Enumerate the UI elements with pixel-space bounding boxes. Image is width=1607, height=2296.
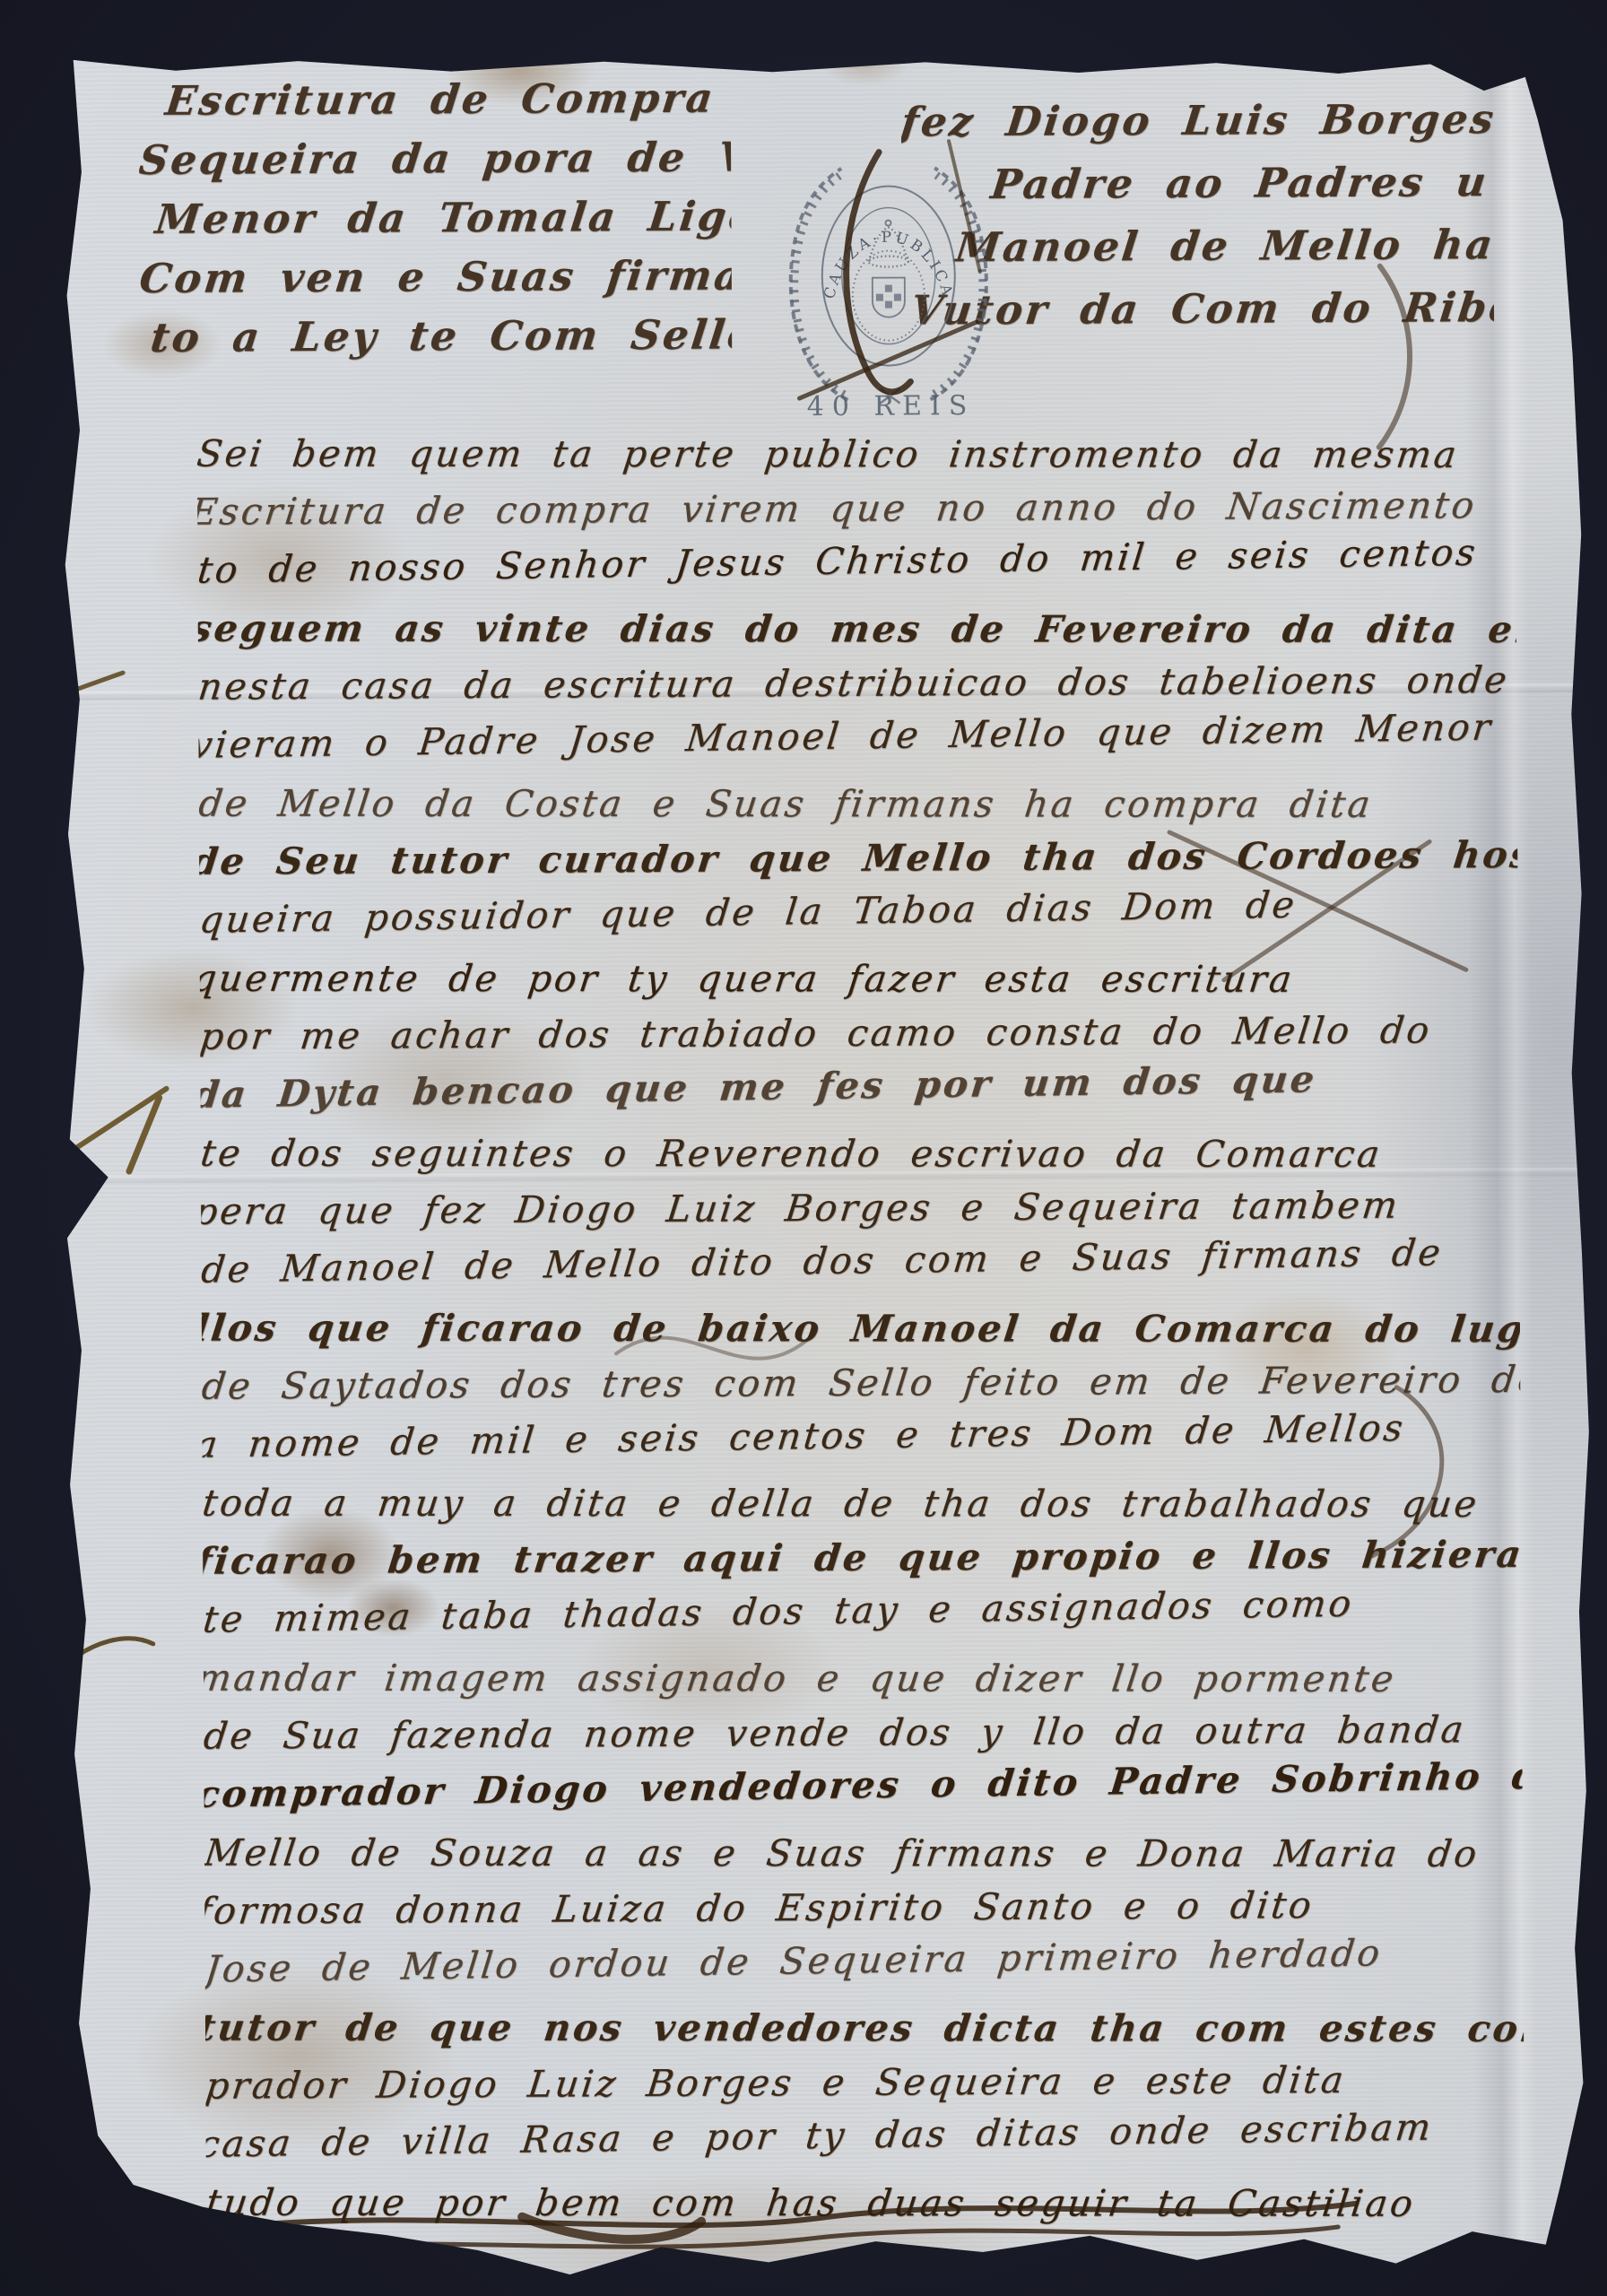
stamp-denomination: 40 REIS bbox=[807, 390, 976, 422]
manuscript-line: seguem as vinte dias do mes de Fevereiro… bbox=[197, 600, 1519, 659]
manuscript-line: Mello de Souza a as e Suas firmans e Don… bbox=[201, 1824, 1524, 1883]
stitching-thread bbox=[53, 665, 134, 705]
manuscript-line: Sei bem quem ta perte publico instroment… bbox=[197, 425, 1518, 484]
heading-line: fez Diogo Luis Borges bbox=[901, 88, 1494, 153]
manuscript-line: de Mello da Costa e Suas firmans ha comp… bbox=[197, 775, 1520, 834]
shield-quinas bbox=[876, 285, 901, 309]
heading-line: Com ven e Suas firmans bbox=[139, 247, 733, 309]
manuscript-line: mandar imagem assignado e que dizer llo … bbox=[200, 1649, 1524, 1709]
stitching-thread bbox=[56, 1605, 164, 1686]
manuscript-body: Sei bem quem ta perte publico instroment… bbox=[197, 418, 1525, 2232]
stamp-dotted-ring bbox=[853, 250, 925, 340]
heading-line: Manoel de Mello ha bbox=[901, 213, 1494, 279]
crown-icon bbox=[869, 256, 908, 266]
heading-line: Escritura de Compra que bbox=[139, 69, 733, 131]
heading-line: Menor da Tomala Ligo bbox=[139, 187, 733, 249]
manuscript-line: te dos seguintes o Reverendo escrivao da… bbox=[197, 1125, 1522, 1184]
revenue-stamp: CAUZA·PUBLICA 40 REIS bbox=[664, 109, 988, 424]
heading-right-column: fez Diogo Luis Borges Padre ao Padres u … bbox=[901, 88, 1494, 342]
heading-line: Vutor da Com do Ribeiro bbox=[901, 276, 1494, 342]
cancellation-strokes bbox=[798, 141, 980, 398]
manuscript-line: tutor de que nos vendedores dicta tha co… bbox=[202, 1999, 1524, 2058]
manuscript-page: Escritura de Compra que Sequeira da pora… bbox=[53, 41, 1594, 2293]
heading-line: to a Ley te Com Sello bbox=[139, 306, 733, 368]
heading-left-column: Escritura de Compra que Sequeira da pora… bbox=[139, 69, 733, 368]
manuscript-line: tudo que por bem com has duas seguir ta … bbox=[203, 2174, 1524, 2232]
manuscript-line: toda a muy a dita e della de tha dos tra… bbox=[199, 1474, 1524, 1534]
manuscript-line: llos que ficarao de baixo Manoel da Coma… bbox=[198, 1300, 1523, 1359]
stitching-thread bbox=[53, 1071, 206, 1188]
photo-background: Escritura de Compra que Sequeira da pora… bbox=[0, 0, 1607, 2296]
heading-line: Sequeira da pora de Villa bbox=[139, 128, 733, 190]
heading-line: Padre ao Padres u bbox=[901, 151, 1494, 216]
crown-orb-icon bbox=[885, 221, 890, 226]
manuscript-line: quermente de por ty quera fazer esta esc… bbox=[197, 950, 1521, 1009]
